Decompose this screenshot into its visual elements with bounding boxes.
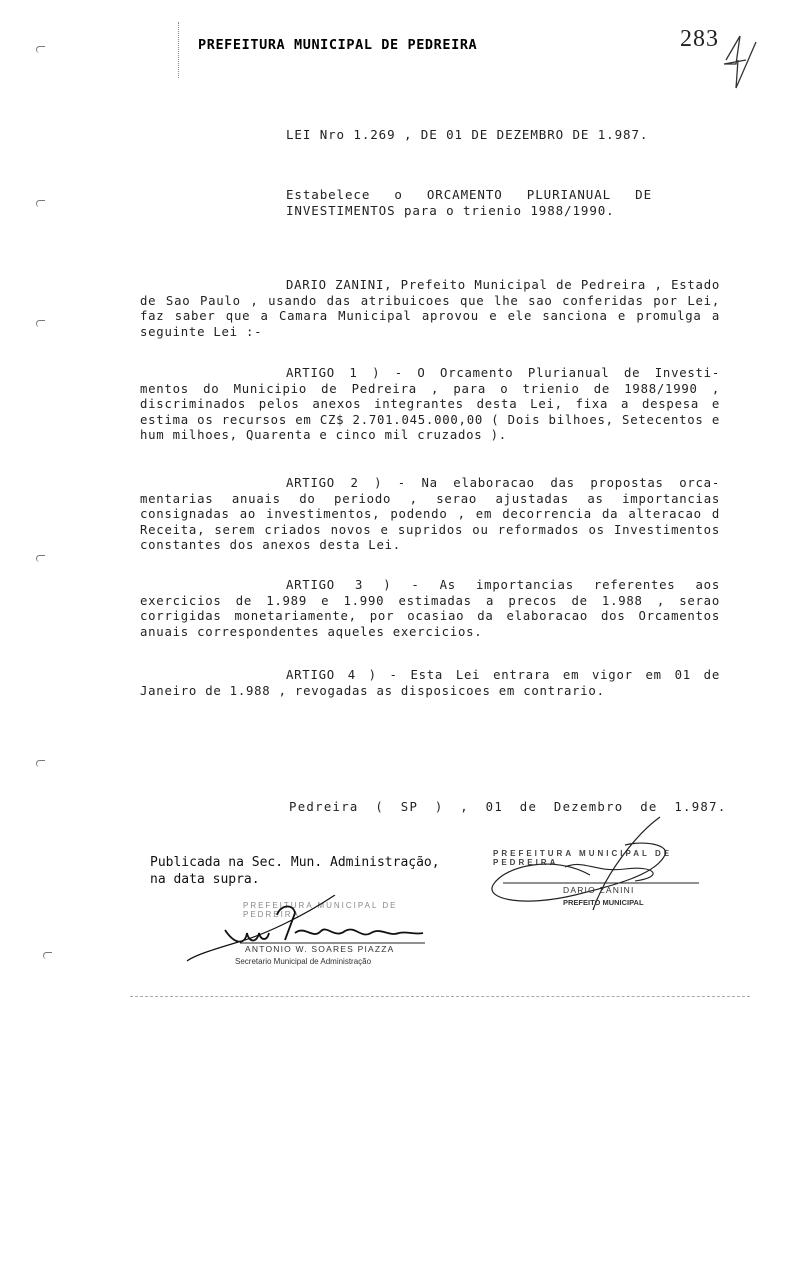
mayor-role: PREFEITO MUNICIPAL bbox=[563, 898, 644, 907]
article-3: ARTIGO 3 ) - As importancias referentes … bbox=[140, 578, 720, 640]
page-number-text: 283 bbox=[680, 26, 719, 52]
secretary-signature-block: PREFEITURA MUNICIPAL DE PEDREIRA ANTONIO… bbox=[185, 895, 435, 975]
article-4: ARTIGO 4 ) - Esta Lei entrara em vigor e… bbox=[140, 668, 720, 699]
place-date: Pedreira ( SP ) , 01 de Dezembro de 1.98… bbox=[289, 800, 727, 814]
secretary-role: Secretario Municipal de Administração bbox=[235, 957, 371, 966]
law-summary: Estabelece o ORCAMENTO PLURIANUAL DE INV… bbox=[286, 187, 652, 219]
publication-line: na data supra. bbox=[150, 871, 440, 888]
intro-paragraph: DARIO ZANINI, Prefeito Municipal de Pedr… bbox=[140, 278, 720, 340]
mayor-signature-block: PREFEITURA MUNICIPAL DE PEDREIRA DARIO Z… bbox=[485, 815, 725, 915]
article-lead: ARTIGO 4 ) - Esta Lei entrara em vigor e… bbox=[286, 668, 720, 682]
punch-hole-mark bbox=[36, 555, 45, 562]
letterhead: PREFEITURA MUNICIPAL DE PEDREIRA bbox=[198, 37, 477, 53]
punch-hole-mark bbox=[36, 760, 45, 767]
article-lead: ARTIGO 1 ) - O Orcamento Plurianual de I… bbox=[286, 366, 720, 380]
punch-hole-mark bbox=[36, 320, 45, 327]
punch-hole-mark bbox=[36, 200, 45, 207]
article-2: ARTIGO 2 ) - Na elaboracao das propostas… bbox=[140, 476, 720, 554]
law-title: LEI Nro 1.269 , DE 01 DE DEZEMBRO DE 1.9… bbox=[286, 127, 648, 142]
scan-artifact-line bbox=[130, 996, 750, 999]
publication-line: Publicada na Sec. Mun. Administração, bbox=[150, 854, 440, 871]
secretary-name: ANTONIO W. SOARES PIAZZA bbox=[245, 944, 395, 954]
punch-hole-mark bbox=[36, 46, 45, 53]
article-lead: ARTIGO 2 ) - Na elaboracao das propostas… bbox=[286, 476, 720, 490]
mayor-name: DARIO ZANINI bbox=[563, 885, 635, 895]
initials-mark-icon bbox=[722, 30, 762, 90]
publication-note: Publicada na Sec. Mun. Administração, na… bbox=[150, 854, 440, 888]
margin-dotted-line bbox=[178, 22, 181, 78]
article-body: mentarias anuais do periodo , serao ajus… bbox=[140, 492, 720, 553]
article-1: ARTIGO 1 ) - O Orcamento Plurianual de I… bbox=[140, 366, 720, 444]
article-body: Janeiro de 1.988 , revogadas as disposic… bbox=[140, 684, 605, 698]
article-body: mentos do Municipio de Pedreira , para o… bbox=[140, 382, 720, 443]
punch-hole-mark bbox=[43, 952, 52, 959]
page-number: 283 bbox=[680, 26, 719, 53]
article-body: exercicios de 1.989 e 1.990 estimadas a … bbox=[140, 594, 720, 639]
article-lead: ARTIGO 3 ) - As importancias referentes … bbox=[286, 578, 720, 592]
intro-lead: DARIO ZANINI, Prefeito Municipal de Pedr… bbox=[286, 278, 663, 292]
